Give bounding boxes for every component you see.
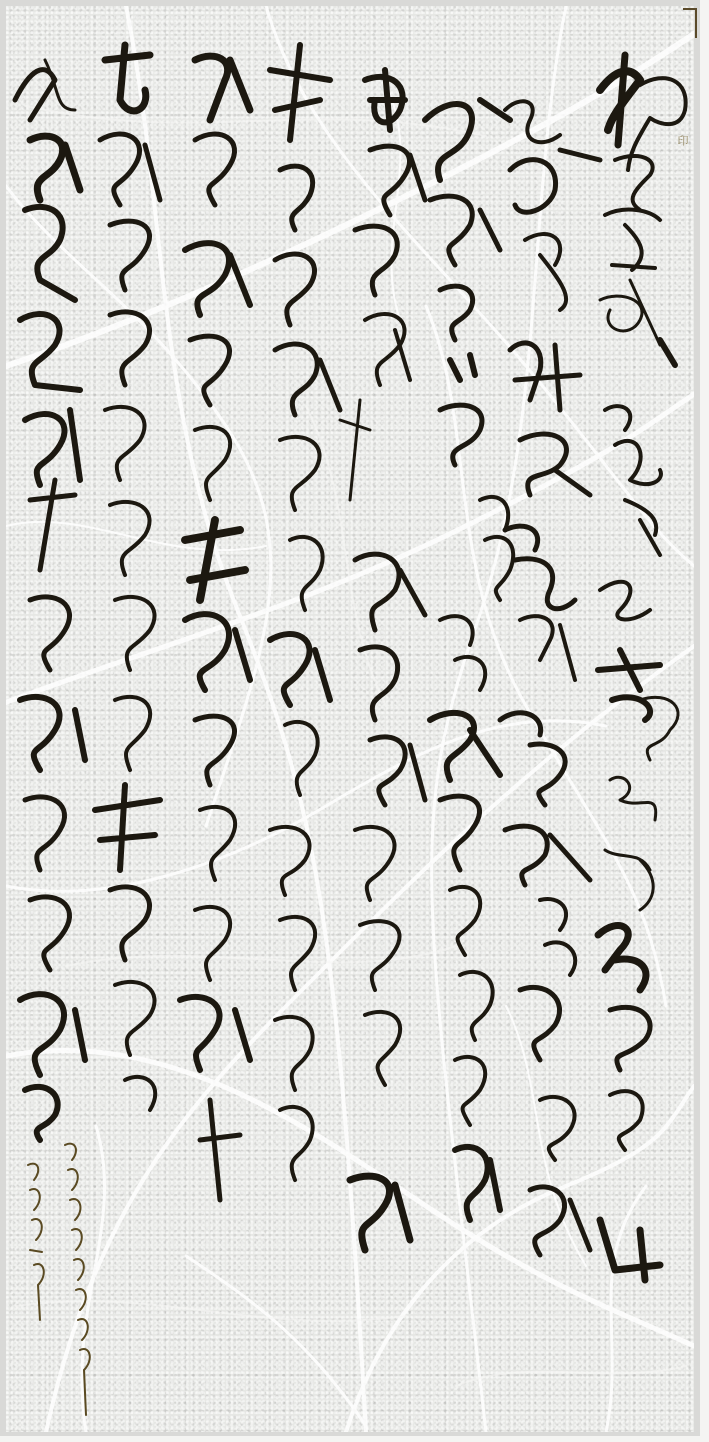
rice-paper: [6, 6, 694, 1432]
column-7-strokes: [95, 45, 160, 1110]
column-1-strokes: [598, 55, 686, 1280]
frame-bottom-edge: [0, 1436, 709, 1442]
frame-right-edge: [700, 0, 709, 1442]
artist-seal: 印: [674, 135, 688, 169]
column-3-strokes: [425, 100, 513, 1220]
column-5-strokes: [270, 45, 340, 1180]
inscription-strokes: [28, 1144, 90, 1415]
column-8-strokes: [15, 60, 85, 1140]
column-6-strokes: [180, 56, 250, 1200]
calligraphy-ink: [6, 6, 694, 1432]
column-4-strokes: [340, 70, 425, 1250]
column-2-strokes: [500, 101, 600, 1255]
corner-mount-mark: [683, 8, 697, 38]
